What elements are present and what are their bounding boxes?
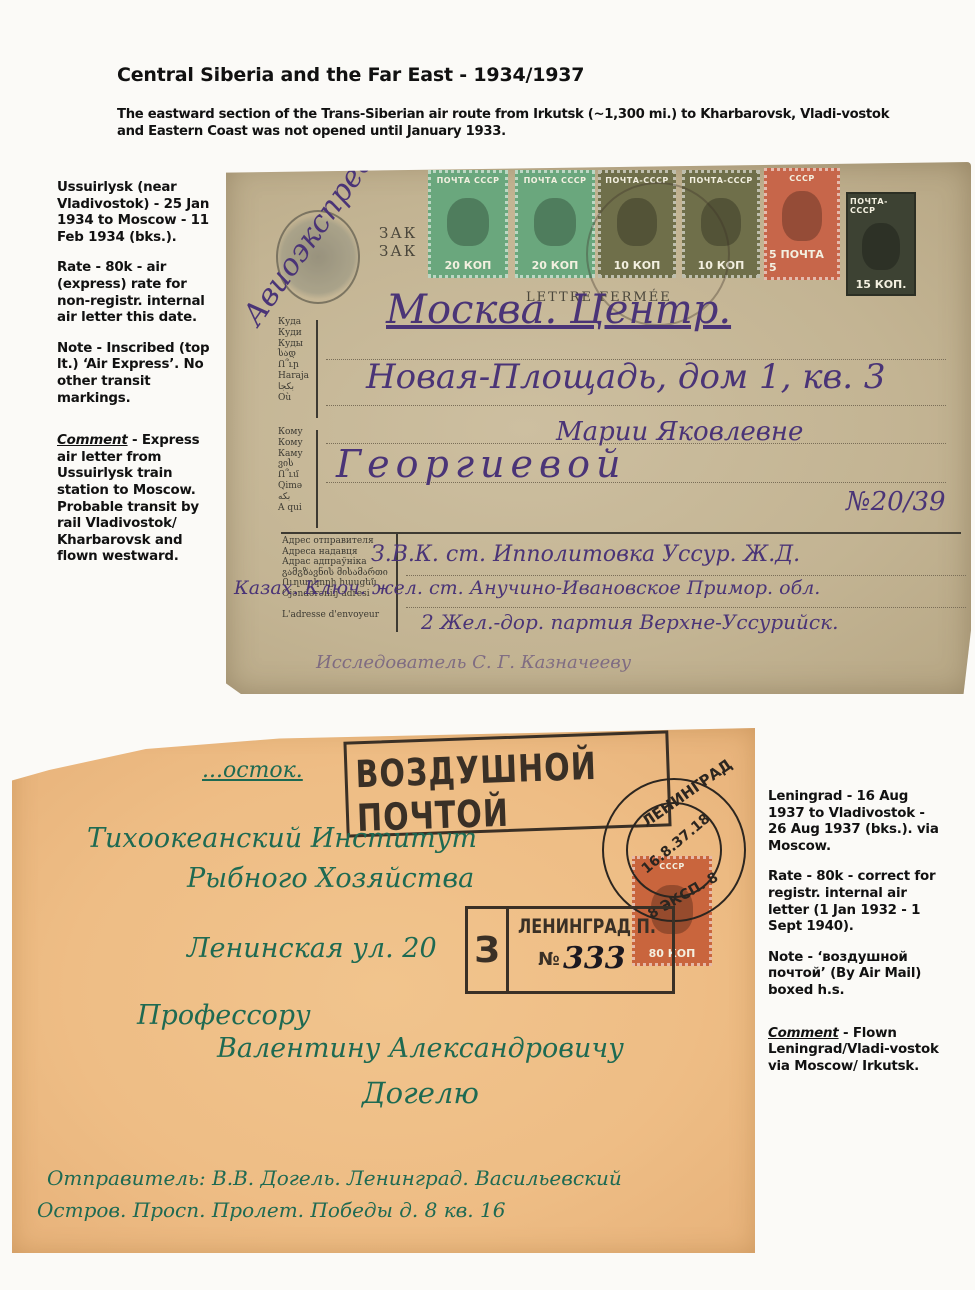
cover1-envelope-image: Авиоэкспресс ЗАК ЗАК LETTRE FERMÉE ПОЧТА… (226, 162, 971, 694)
registration-prefix: № (538, 949, 560, 970)
stamp-value: 20 КОП (532, 259, 579, 272)
address-line-title: Профессору (137, 1000, 311, 1031)
three-workers-portrait-icon (862, 223, 899, 270)
address-line-street: Ленинская ул. 20 (187, 933, 437, 964)
divider-line (281, 532, 961, 534)
printed-label: Ո՞ւր (278, 360, 309, 371)
printed-label: Каму (278, 449, 303, 460)
worker-portrait-icon (447, 198, 489, 246)
address-line-surname: Георгиевой (336, 442, 627, 486)
whom-labels: КомуКомуКамуვისՈ՞ւմQiməبكهA qui (278, 427, 303, 513)
sender-line-1: З.В.К. ст. Ипполитовка Уссур. Ж.Д. (371, 542, 800, 567)
cover2-handstamp-note: Note - ‘воздушной почтой’ (By Air Mail) … (768, 950, 943, 1000)
address-line-surname: Догелю (362, 1076, 479, 1110)
printed-label: A qui (278, 503, 303, 514)
air-express-inscription: Авиоэкспресс (236, 162, 390, 332)
address-line-city: Москва. Центр. (386, 287, 731, 333)
sender-line (406, 607, 966, 608)
printed-label: ვის (278, 459, 303, 470)
city-fragment: ...осток. (202, 758, 303, 783)
stamp-header: ПОЧТА СССР (524, 176, 587, 185)
postage-stamp: ПОЧТА СССР20 КОП (515, 170, 595, 278)
printed-label: Кому (278, 438, 303, 449)
printed-label: بكجا (278, 382, 309, 393)
comment-label: Comment (768, 1026, 839, 1041)
printed-zak-line: ЗАК (379, 224, 417, 242)
cover1-rate-note: Rate - 80k - air (express) rate for non-… (57, 260, 217, 326)
stamp-value: 5 ПОЧТА 5 (769, 248, 835, 274)
printed-label: Кому (278, 427, 303, 438)
sender-line-3: 2 Жел.-дор. партия Верхне-Уссурийск. (421, 610, 838, 634)
bracket-divider (316, 430, 318, 528)
printed-zak: ЗАК ЗАК (379, 224, 417, 260)
cover2-rate-note: Rate - 80k - correct for registr. intern… (768, 869, 943, 935)
imprinted-stamp: ПОЧТА-СССР15 КОП. (846, 192, 916, 296)
registration-mark: №20/39 (846, 487, 946, 517)
printed-label: სად (278, 349, 309, 360)
registration-class: З (468, 909, 509, 991)
cover1-comment: Comment - Express air letter from Ussuir… (57, 433, 217, 566)
printed-label: بكه (278, 492, 303, 503)
sender-line-1: Отправитель: В.В. Догель. Ленинград. Вас… (47, 1166, 622, 1190)
stamp-header: ПОЧТА-СССР (689, 176, 752, 185)
to-labels: КудаКудиКудыსადՈ՞ւրHarajaبكجاOù (278, 317, 309, 403)
sender-line-2: Остров. Просп. Пролет. Победы д. 8 кв. 1… (37, 1198, 505, 1222)
stamp-value: 15 КОП. (856, 278, 907, 291)
printed-label: Куды (278, 339, 309, 350)
postage-stamp: СССР5 ПОЧТА 5 (764, 168, 840, 280)
address-line-dept: Рыбного Хозяйства (187, 863, 474, 894)
address-line (326, 405, 946, 406)
printed-label: L'adresse d'envoyeur (282, 610, 388, 621)
address-line-institute: Тихоокеанский Институт (87, 823, 477, 854)
postage-stamp: ПОЧТА СССР20 КОП (428, 170, 508, 278)
cover1-route-note: Ussuirlysk (near Vladivostok) - 25 Jan 1… (57, 180, 217, 246)
printed-label: Куда (278, 317, 309, 328)
stamp-header: ПОЧТА СССР (437, 176, 500, 185)
printed-label: Qimə (278, 481, 303, 492)
page-intro: The eastward section of the Trans-Siberi… (117, 106, 897, 140)
printed-label: Ո՞ւմ (278, 470, 303, 481)
stamp-header: ПОЧТА-СССР (850, 197, 912, 215)
printed-label: Où (278, 393, 309, 404)
leningrad-postmark: ЛЕНИНГРАД 16.8.37.18 8 ЭКСП. 8 (602, 778, 746, 922)
sender-line-2: Казах. Ключ. жел. ст. Анучино-Ивановское… (234, 577, 820, 599)
stamp-value: 20 КОП (445, 259, 492, 272)
cover1-notes: Ussuirlysk (near Vladivostok) - 25 Jan 1… (57, 180, 217, 580)
printed-label: Haraja (278, 371, 309, 382)
address-line-name: Валентину Александровичу (217, 1033, 624, 1064)
bracket-divider (316, 320, 318, 418)
registration-office: ЛЕНИНГРАД П. (518, 915, 656, 938)
comment-label: Comment (57, 433, 128, 448)
cover2-envelope-image: ...осток. ВОЗДУШНОЙ ПОЧТОЙ СССР80 КОП ЛЕ… (12, 728, 755, 1253)
comment-text: - Express air letter from Ussuirlysk tra… (57, 433, 199, 564)
printed-zak-line: ЗАК (379, 242, 417, 260)
cover1-inscription-note: Note - Inscribed (top lt.) ‘Air Express’… (57, 341, 217, 407)
sender-line (406, 575, 966, 576)
registration-label: З ЛЕНИНГРАД П. № 333 (465, 906, 675, 994)
worker-portrait-icon (534, 198, 576, 246)
printed-label (282, 600, 388, 611)
cover2-notes: Leningrad - 16 Aug 1937 to Vladivostok -… (768, 789, 943, 1089)
red-army-soldier-icon (782, 191, 822, 241)
sender-line-4: Исследователь С. Г. Казначееву (316, 652, 631, 673)
cover2-route-note: Leningrad - 16 Aug 1937 to Vladivostok -… (768, 789, 943, 855)
cover2-comment: Comment - Flown Leningrad/Vladi-vostok v… (768, 1026, 943, 1076)
registration-number: 333 (563, 941, 626, 976)
printed-label: Куди (278, 328, 309, 339)
stamp-header: СССР (789, 174, 814, 183)
address-line-street: Новая-Площадь, дом 1, кв. 3 (366, 357, 886, 397)
page-title: Central Siberia and the Far East - 1934/… (117, 64, 584, 86)
